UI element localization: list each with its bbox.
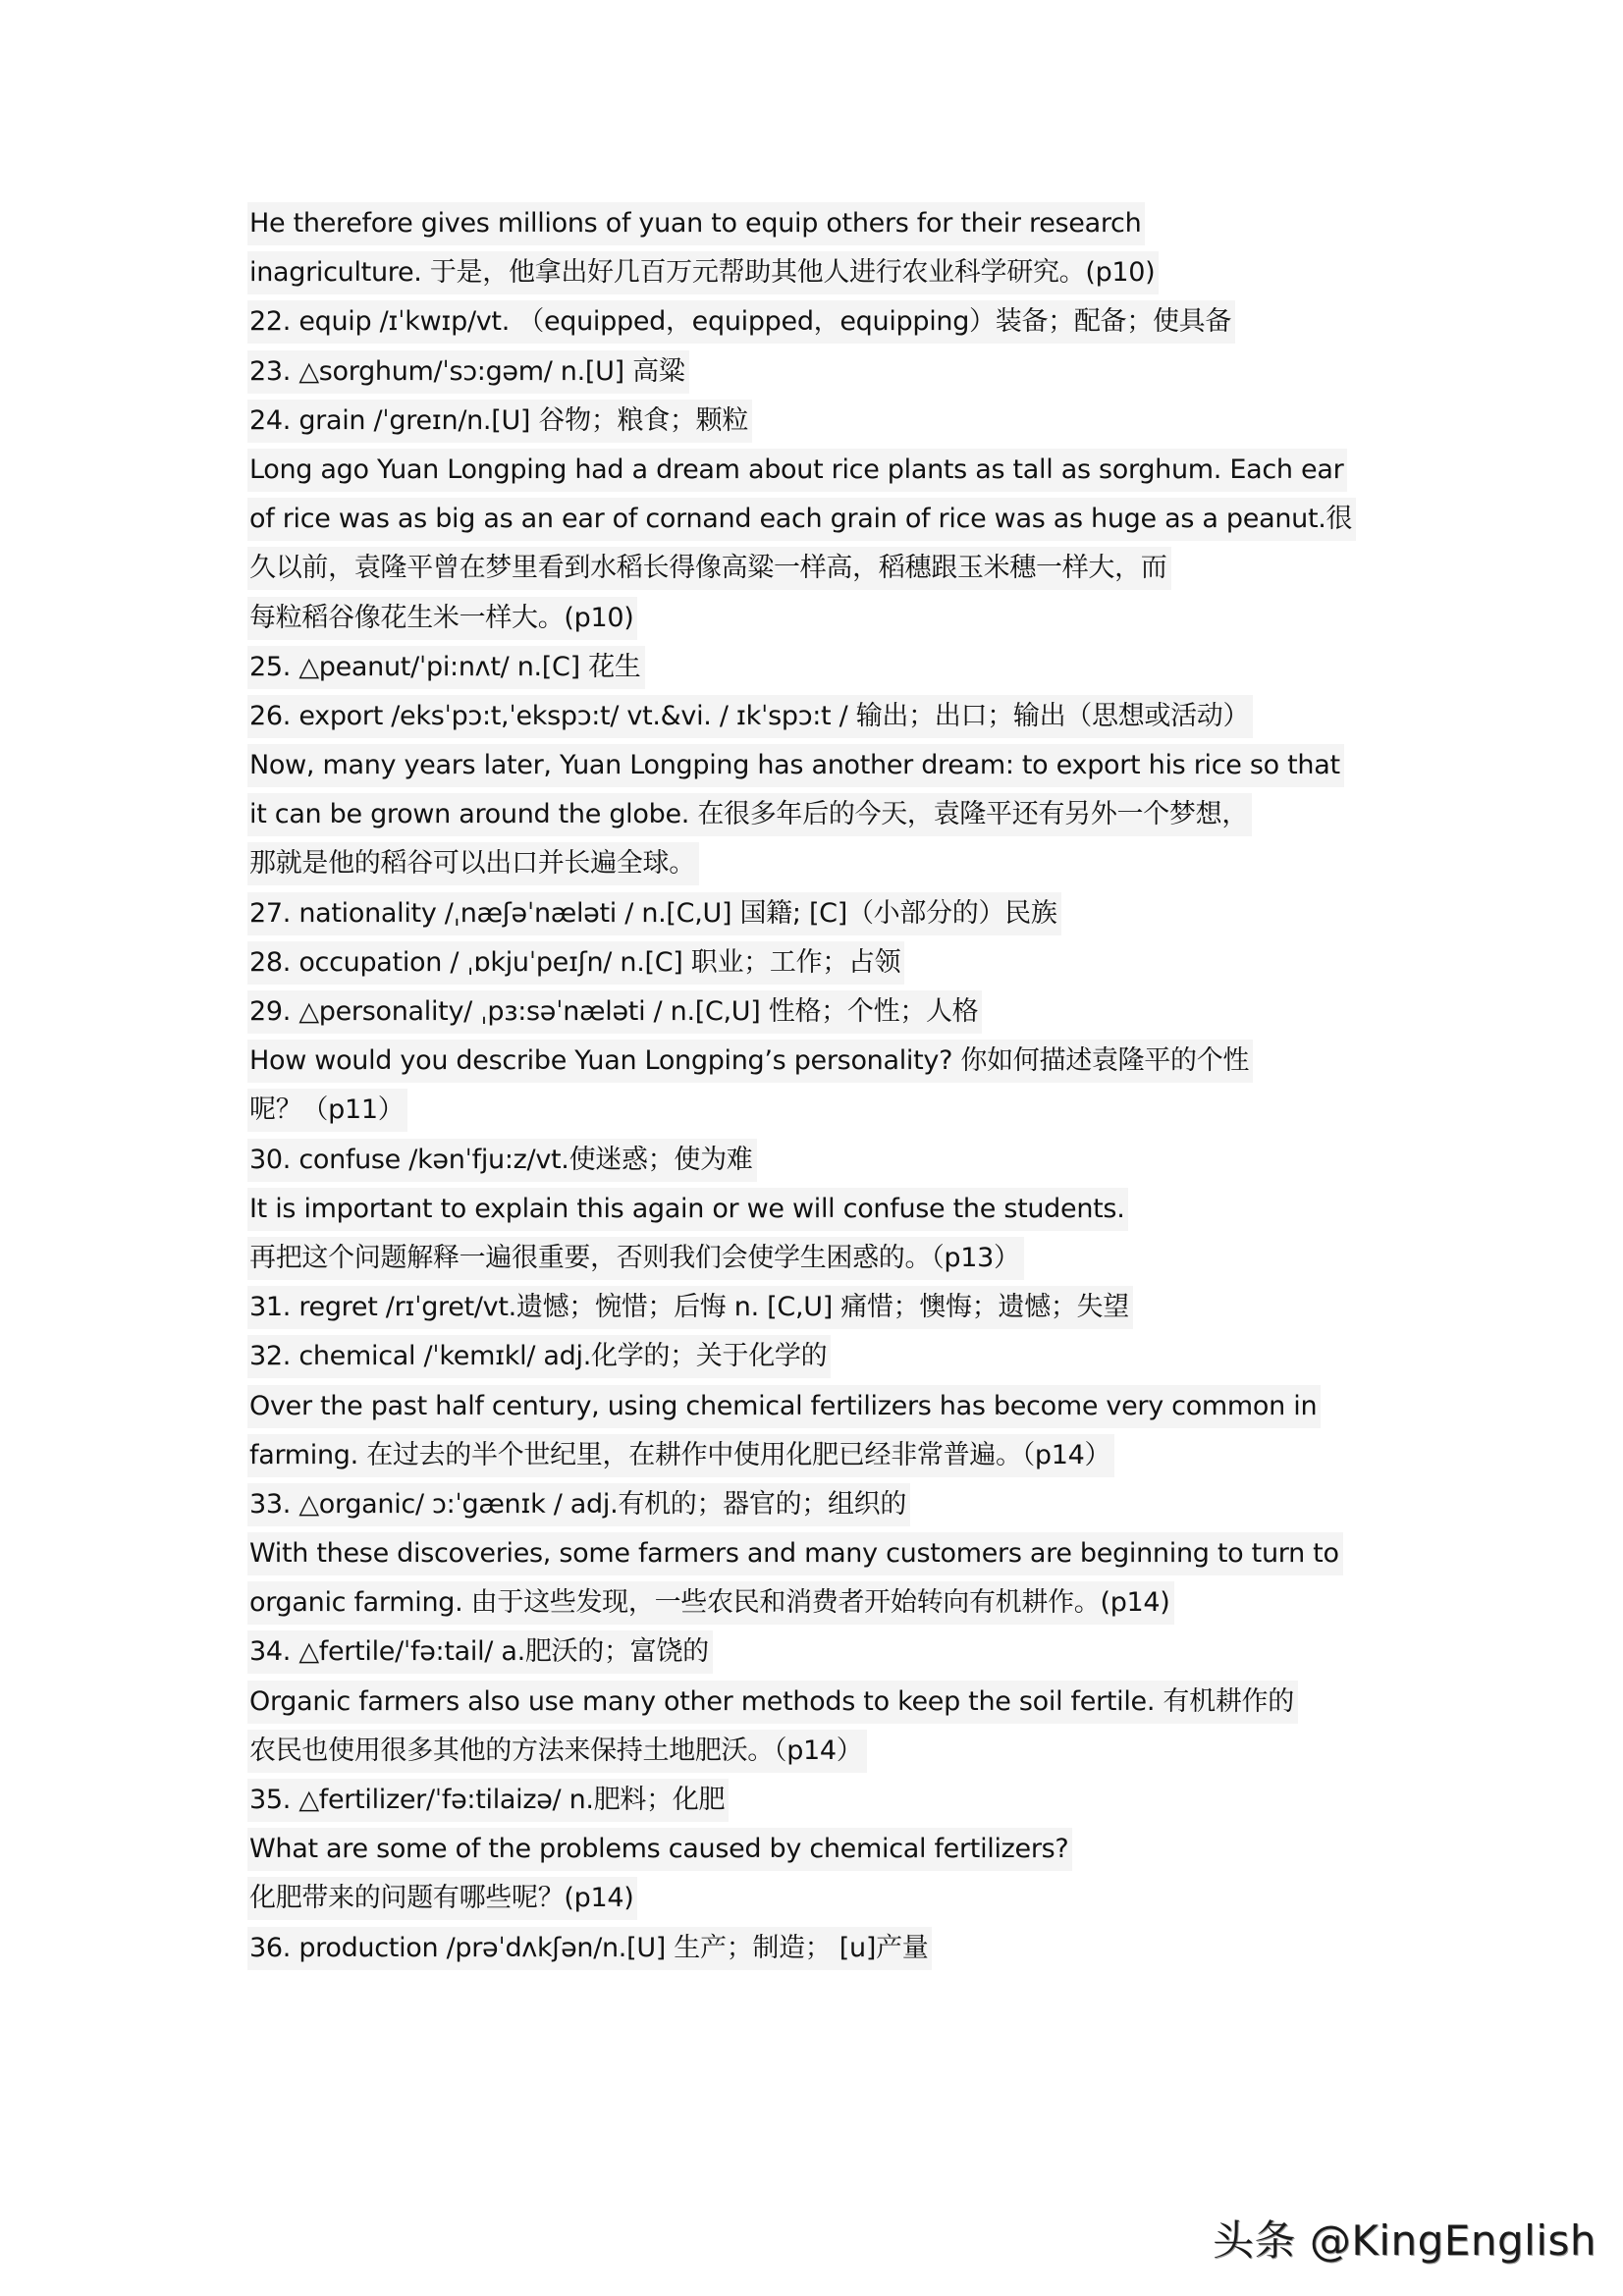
line-text: 化肥带来的问题有哪些呢？(p14)	[247, 1877, 637, 1920]
vocab-entry: 24. grain /ˈgreɪn/n.[U] 谷物；粮食；颗粒	[247, 400, 1356, 449]
document-page: He therefore gives millions of yuan to e…	[0, 0, 1623, 2296]
line-text: Long ago Yuan Longping had a dream about…	[247, 449, 1347, 492]
vocab-entry: 27. nationality /ˌnæʃəˈnæləti / n.[C,U] …	[247, 892, 1356, 941]
text-line: inagriculture. 于是，他拿出好几百万元帮助其他人进行农业科学研究。…	[247, 251, 1356, 300]
text-line: Over the past half century, using chemic…	[247, 1385, 1356, 1434]
text-line: Long ago Yuan Longping had a dream about…	[247, 449, 1356, 498]
text-line: With these discoveries, some farmers and…	[247, 1532, 1356, 1581]
text-line: What are some of the problems caused by …	[247, 1828, 1356, 1877]
text-line: it can be grown around the globe. 在很多年后的…	[247, 793, 1356, 842]
line-text: 33. △organic/ ɔ:ˈgænɪk / adj.有机的；器官的；组织的	[247, 1483, 910, 1526]
text-line: Now, many years later, Yuan Longping has…	[247, 744, 1356, 793]
line-text: 34. △fertile/ˈfə:tail/ a.肥沃的；富饶的	[247, 1630, 713, 1674]
text-line: It is important to explain this again or…	[247, 1188, 1356, 1237]
vocab-entry: 29. △personality/ ˌpɜ:səˈnæləti / n.[C,U…	[247, 990, 1356, 1040]
vocab-entry: 33. △organic/ ɔ:ˈgænɪk / adj.有机的；器官的；组织的	[247, 1483, 1356, 1532]
vocab-entry: 31. regret /rɪˈgret/vt.遗憾；惋惜；后悔 n. [C,U]…	[247, 1286, 1356, 1335]
line-text: It is important to explain this again or…	[247, 1188, 1128, 1231]
line-text: organic farming. 由于这些发现，一些农民和消费者开始转向有机耕作…	[247, 1581, 1174, 1625]
vocab-entry: 28. occupation / ˌɒkjuˈpeɪʃn/ n.[C] 职业；工…	[247, 941, 1356, 990]
vocab-entry: 32. chemical /ˈkemɪkl/ adj.化学的；关于化学的	[247, 1335, 1356, 1384]
line-text: 每粒稻谷像花生米一样大。(p10)	[247, 597, 637, 640]
line-text: 29. △personality/ ˌpɜ:səˈnæləti / n.[C,U…	[247, 990, 982, 1034]
line-text: What are some of the problems caused by …	[247, 1828, 1072, 1871]
text-line: organic farming. 由于这些发现，一些农民和消费者开始转向有机耕作…	[247, 1581, 1356, 1630]
line-text: 31. regret /rɪˈgret/vt.遗憾；惋惜；后悔 n. [C,U]…	[247, 1286, 1133, 1329]
line-text: it can be grown around the globe. 在很多年后的…	[247, 793, 1252, 836]
vocab-entry: 22. equip /ɪˈkwɪp/vt. （equipped，equipped…	[247, 300, 1356, 349]
line-text: farming. 在过去的半个世纪里，在耕作中使用化肥已经非常普遍。（p14）	[247, 1434, 1114, 1477]
line-text: of rice was as big as an ear of cornand …	[247, 498, 1356, 541]
line-text: 呢？（p11）	[247, 1089, 407, 1132]
vocab-entry: 23. △sorghum/ˈsɔ:gəm/ n.[U] 高粱	[247, 350, 1356, 400]
text-line: of rice was as big as an ear of cornand …	[247, 498, 1356, 547]
line-text: 24. grain /ˈgreɪn/n.[U] 谷物；粮食；颗粒	[247, 400, 752, 443]
vocab-entry: 34. △fertile/ˈfə:tail/ a.肥沃的；富饶的	[247, 1630, 1356, 1680]
text-line: 那就是他的稻谷可以出口并长遍全球。	[247, 842, 1356, 891]
text-line: 每粒稻谷像花生米一样大。(p10)	[247, 597, 1356, 646]
line-text: With these discoveries, some farmers and…	[247, 1532, 1343, 1575]
line-text: 25. △peanut/ˈpi:nʌt/ n.[C] 花生	[247, 646, 645, 689]
line-text: 30. confuse /kənˈfju:z/vt.使迷惑；使为难	[247, 1139, 757, 1182]
vocab-entry: 30. confuse /kənˈfju:z/vt.使迷惑；使为难	[247, 1139, 1356, 1188]
line-text: Over the past half century, using chemic…	[247, 1385, 1321, 1428]
line-text: 28. occupation / ˌɒkjuˈpeɪʃn/ n.[C] 职业；工…	[247, 941, 904, 985]
line-text: Organic farmers also use many other meth…	[247, 1681, 1298, 1724]
line-text: 再把这个问题解释一遍很重要，否则我们会使学生困惑的。（p13）	[247, 1237, 1024, 1280]
line-text: 27. nationality /ˌnæʃəˈnæləti / n.[C,U] …	[247, 892, 1061, 935]
text-line: He therefore gives millions of yuan to e…	[247, 202, 1356, 251]
vocabulary-list: He therefore gives millions of yuan to e…	[247, 202, 1356, 1976]
text-line: farming. 在过去的半个世纪里，在耕作中使用化肥已经非常普遍。（p14）	[247, 1434, 1356, 1483]
line-text: 久以前，袁隆平曾在梦里看到水稻长得像高粱一样高，稻穗跟玉米穗一样大，而	[247, 547, 1171, 590]
line-text: 26. export /eksˈpɔ:t,ˈekspɔ:t/ vt.&vi. /…	[247, 695, 1253, 738]
vocab-entry: 35. △fertilizer/ˈfə:tilaizə/ n.肥料；化肥	[247, 1779, 1356, 1828]
text-line: 再把这个问题解释一遍很重要，否则我们会使学生困惑的。（p13）	[247, 1237, 1356, 1286]
text-line: Organic farmers also use many other meth…	[247, 1681, 1356, 1730]
watermark: 头条 @KingEnglish	[1213, 2209, 1596, 2268]
text-line: 化肥带来的问题有哪些呢？(p14)	[247, 1877, 1356, 1926]
line-text: 32. chemical /ˈkemɪkl/ adj.化学的；关于化学的	[247, 1335, 831, 1378]
line-text: 23. △sorghum/ˈsɔ:gəm/ n.[U] 高粱	[247, 350, 689, 394]
line-text: 35. △fertilizer/ˈfə:tilaizə/ n.肥料；化肥	[247, 1779, 729, 1822]
vocab-entry: 36. production /prəˈdʌkʃən/n.[U] 生产；制造； …	[247, 1927, 1356, 1976]
line-text: He therefore gives millions of yuan to e…	[247, 202, 1145, 245]
line-text: 36. production /prəˈdʌkʃən/n.[U] 生产；制造； …	[247, 1927, 932, 1970]
line-text: inagriculture. 于是，他拿出好几百万元帮助其他人进行农业科学研究。…	[247, 251, 1159, 294]
line-text: 22. equip /ɪˈkwɪp/vt. （equipped，equipped…	[247, 300, 1235, 344]
vocab-entry: 25. △peanut/ˈpi:nʌt/ n.[C] 花生	[247, 646, 1356, 695]
line-text: 农民也使用很多其他的方法来保持土地肥沃。（p14）	[247, 1730, 867, 1773]
text-line: 农民也使用很多其他的方法来保持土地肥沃。（p14）	[247, 1730, 1356, 1779]
line-text: Now, many years later, Yuan Longping has…	[247, 744, 1344, 787]
line-text: 那就是他的稻谷可以出口并长遍全球。	[247, 842, 699, 885]
text-line: 久以前，袁隆平曾在梦里看到水稻长得像高粱一样高，稻穗跟玉米穗一样大，而	[247, 547, 1356, 596]
text-line: 呢？（p11）	[247, 1089, 1356, 1138]
text-line: How would you describe Yuan Longping’s p…	[247, 1040, 1356, 1089]
vocab-entry: 26. export /eksˈpɔ:t,ˈekspɔ:t/ vt.&vi. /…	[247, 695, 1356, 744]
line-text: How would you describe Yuan Longping’s p…	[247, 1040, 1253, 1083]
